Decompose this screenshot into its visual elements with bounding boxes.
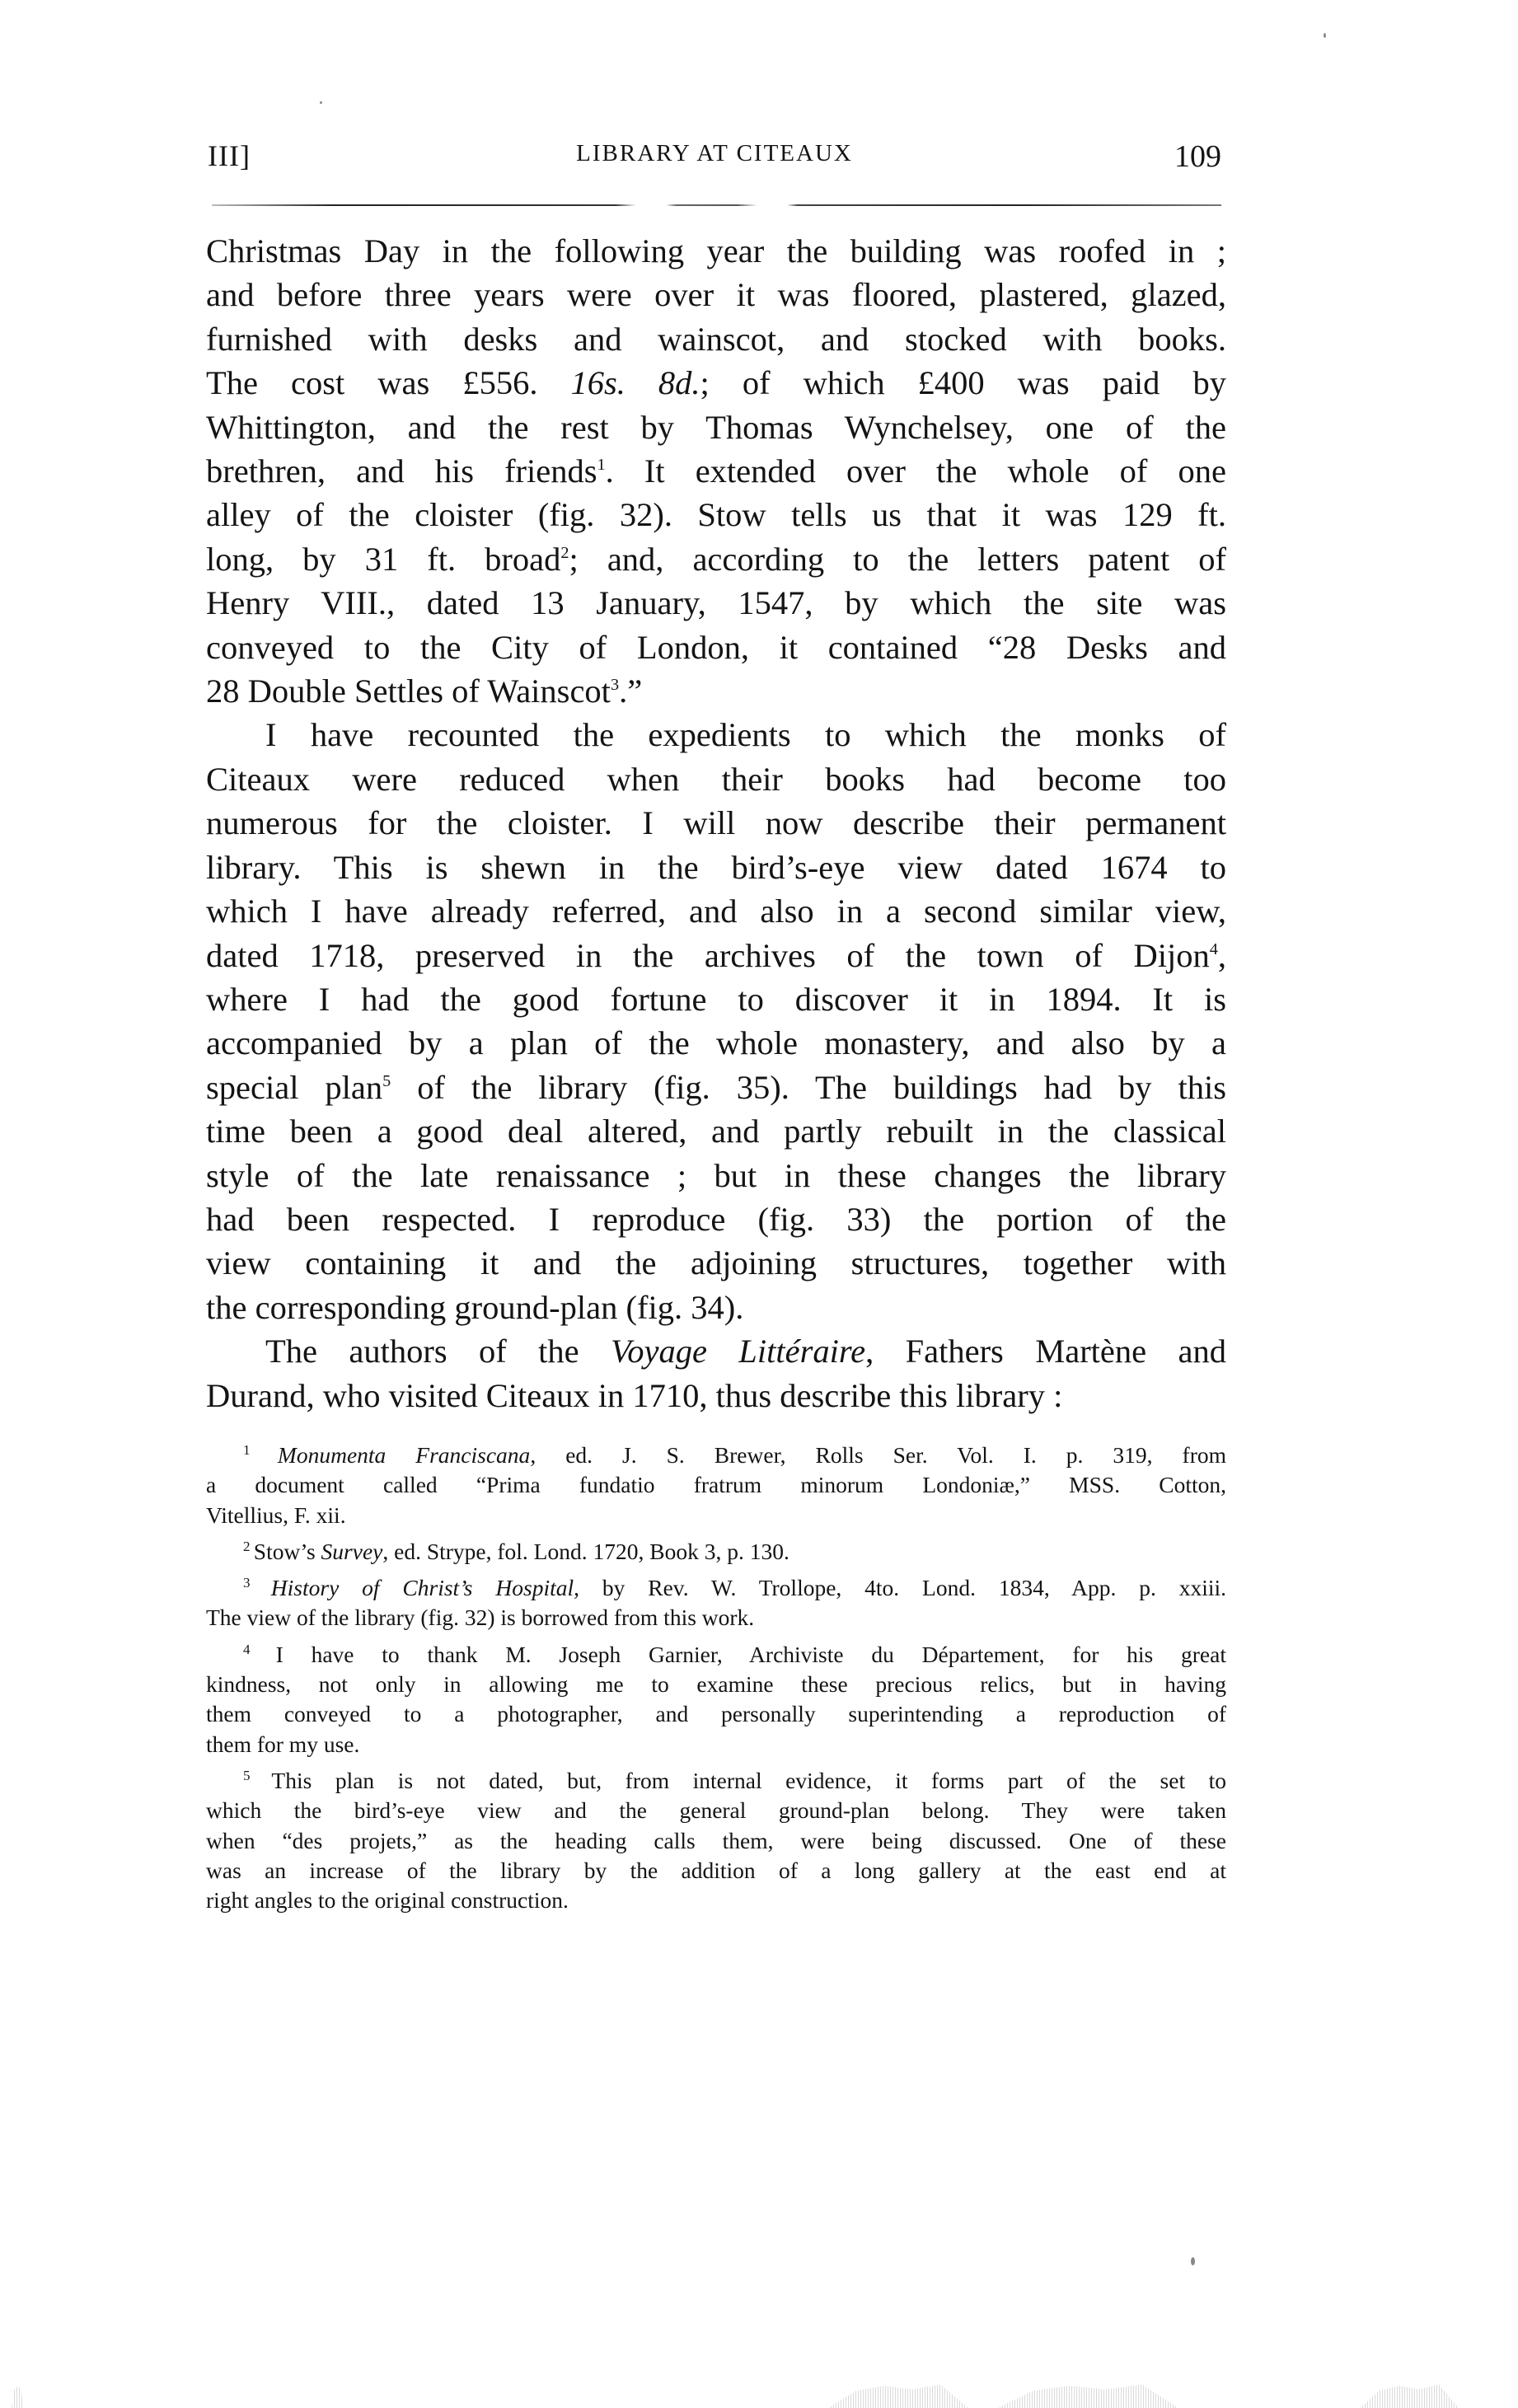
footnote-line: 4 I have to thank M. Joseph Garnier, Arc… — [206, 1640, 1226, 1670]
footnote-line: them conveyed to a photographer, and per… — [206, 1699, 1226, 1729]
text-line: Christmas Day in the following year the … — [206, 229, 1226, 273]
text-line: furnished with desks and wainscot, and s… — [206, 317, 1226, 361]
footnote-reference: 1 — [597, 456, 606, 474]
footnote-mark: 3 — [243, 1575, 271, 1590]
text-line: view containing it and the adjoining str… — [206, 1241, 1226, 1285]
book-page: III] LIBRARY AT CITEAUX 109 Christmas Da… — [0, 0, 1518, 2408]
text-line: Henry VIII., dated 13 January, 1547, by … — [206, 581, 1226, 625]
header-rule — [212, 204, 1221, 206]
footnote-line: 1 Monumenta Franciscana, ed. J. S. Brewe… — [206, 1441, 1226, 1470]
text-line: and before three years were over it was … — [206, 273, 1226, 316]
paragraph: The authors of the Voyage Littéraire, Fa… — [206, 1329, 1226, 1417]
text-line: time been a good deal altered, and partl… — [206, 1109, 1226, 1153]
scan-artifact — [1360, 2383, 1459, 2408]
text-line: the corresponding ground-plan (fig. 34). — [206, 1286, 1226, 1329]
italic-text: Survey — [321, 1539, 383, 1564]
footnote-line: Vitellius, F. xii. — [206, 1501, 1226, 1530]
footnote-mark: 1 — [243, 1442, 278, 1458]
footnote-mark: 4 — [243, 1642, 276, 1657]
footnote-line: which the bird’s-eye view and the genera… — [206, 1796, 1226, 1825]
text-line: library. This is shewn in the bird’s-eye… — [206, 846, 1226, 889]
footnote-3: 3 History of Christ’s Hospital, by Rev. … — [206, 1573, 1226, 1633]
text-line: Whittington, and the rest by Thomas Wync… — [206, 405, 1226, 449]
footnote-1: 1 Monumenta Franciscana, ed. J. S. Brewe… — [206, 1441, 1226, 1530]
scan-artifact — [997, 2383, 1178, 2408]
scan-speck — [320, 101, 322, 104]
text-line: special plan5 of the library (fig. 35). … — [206, 1066, 1226, 1109]
text-line: 28 Double Settles of Wainscot3.” — [206, 669, 1226, 713]
paragraph: Christmas Day in the following year the … — [206, 229, 1226, 713]
text-line: conveyed to the City of London, it conta… — [206, 625, 1226, 669]
footnote-2: 2 Stow’s Survey, ed. Strype, fol. Lond. … — [206, 1537, 1226, 1567]
italic-text: 16s. 8d. — [570, 364, 700, 401]
text-line: dated 1718, preserved in the archives of… — [206, 934, 1226, 977]
page-number: 109 — [1174, 138, 1221, 175]
text-line: numerous for the cloister. I will now de… — [206, 801, 1226, 845]
italic-text: History of Christ’s Hospital — [271, 1575, 574, 1600]
body-text: Christmas Day in the following year the … — [206, 229, 1226, 1417]
footnote-line: a document called “Prima fundatio fratru… — [206, 1470, 1226, 1500]
text-line: Citeaux were reduced when their books ha… — [206, 757, 1226, 801]
footnote-reference: 5 — [382, 1072, 391, 1090]
footnote-4: 4 I have to thank M. Joseph Garnier, Arc… — [206, 1640, 1226, 1759]
text-line: accompanied by a plan of the whole monas… — [206, 1021, 1226, 1065]
footnote-5: 5 This plan is not dated, but, from inte… — [206, 1766, 1226, 1915]
footnote-line: was an increase of the library by the ad… — [206, 1856, 1226, 1886]
running-title: LIBRARY AT CITEAUX — [208, 140, 1221, 167]
text-line: which I have already referred, and also … — [206, 889, 1226, 933]
footnote-line: kindness, not only in allowing me to exa… — [206, 1670, 1226, 1699]
footnote-mark: 2 — [243, 1539, 254, 1554]
footnote-line: right angles to the original constructio… — [206, 1886, 1226, 1915]
text-line: brethren, and his friends1. It extended … — [206, 449, 1226, 493]
footnote-line: when “des projets,” as the heading calls… — [206, 1826, 1226, 1856]
italic-text: Monumenta Franciscana — [278, 1442, 530, 1468]
text-line: style of the late renaissance ; but in t… — [206, 1154, 1226, 1197]
text-line: The authors of the Voyage Littéraire, Fa… — [206, 1329, 1226, 1373]
text-line: long, by 31 ft. broad2; and, according t… — [206, 537, 1226, 581]
text-line: Durand, who visited Citeaux in 1710, thu… — [206, 1374, 1226, 1417]
scan-artifact — [828, 2383, 968, 2408]
text-line: I have recounted the expedients to which… — [206, 713, 1226, 757]
running-head: III] LIBRARY AT CITEAUX 109 — [208, 138, 1221, 180]
paragraph: I have recounted the expedients to which… — [206, 713, 1226, 1329]
footnote-reference: 3 — [611, 676, 619, 694]
footnote-line: them for my use. — [206, 1730, 1226, 1759]
footnote-line: 5 This plan is not dated, but, from inte… — [206, 1766, 1226, 1796]
footnote-line: 3 History of Christ’s Hospital, by Rev. … — [206, 1573, 1226, 1603]
footnote-line: The view of the library (fig. 32) is bor… — [206, 1603, 1226, 1633]
scan-speck — [1324, 33, 1326, 38]
text-line: The cost was £556. 16s. 8d.; of which £4… — [206, 361, 1226, 405]
scan-artifact — [12, 2383, 23, 2408]
scan-speck — [1191, 2257, 1195, 2265]
footnote-line: 2 Stow’s Survey, ed. Strype, fol. Lond. … — [206, 1537, 1226, 1567]
text-line: where I had the good fortune to discover… — [206, 977, 1226, 1021]
footnote-mark: 5 — [243, 1768, 271, 1783]
text-line: had been respected. I reproduce (fig. 33… — [206, 1197, 1226, 1241]
footnote-reference: 4 — [1210, 939, 1218, 958]
footnote-reference: 2 — [560, 544, 569, 562]
text-line: alley of the cloister (fig. 32). Stow te… — [206, 493, 1226, 536]
footnotes: 1 Monumenta Franciscana, ed. J. S. Brewe… — [206, 1441, 1226, 1922]
italic-text: Voyage Littéraire — [611, 1333, 865, 1370]
